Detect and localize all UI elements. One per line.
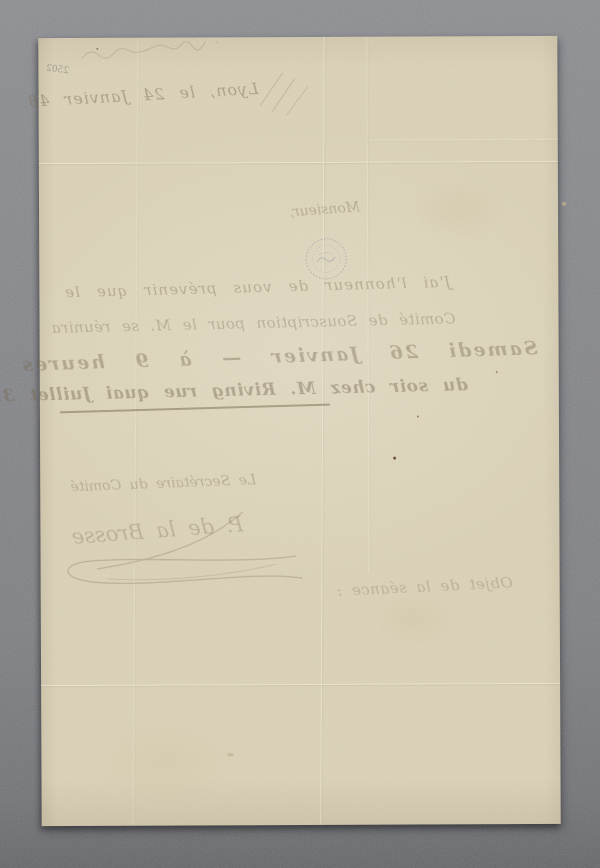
letter-verso-paper: 2502 Lyon, le 24 Janvier 48 Monsieur, [38, 36, 560, 826]
showthrough-salutation: Monsieur, [282, 199, 369, 221]
pen-hatch-strokes [252, 63, 314, 119]
foxing-spot [562, 202, 566, 206]
top-edge-scribble [78, 41, 228, 66]
showthrough-closing: Le Secrétaire du Comité [84, 472, 256, 495]
showthrough-date-line: Lyon, le 24 Janvier 48 [56, 79, 259, 109]
signature-flourish [45, 500, 317, 597]
ink-speck [96, 48, 98, 50]
showthrough-objet-line: Objet de la séance : [348, 574, 513, 600]
fold-crease-horizontal-faint [369, 139, 558, 141]
showthrough-body-line-2: Comité de Souscription pour le M. se réu… [57, 310, 455, 337]
fold-crease-horizontal-upper [39, 161, 558, 164]
fold-crease-vertical-left [133, 38, 139, 826]
showthrough-body-line-4: du soir chez M. Riving rue quai Juillet … [54, 375, 468, 405]
fold-crease-vertical-right [366, 37, 369, 573]
ink-speck [393, 457, 396, 460]
showthrough-body-line-1: J'ai l'honneur de vous prévenir que le [61, 273, 453, 302]
fold-crease-vertical-center [320, 37, 324, 825]
foxing-spot [227, 753, 233, 756]
showthrough-underline [60, 404, 330, 414]
fold-crease-horizontal-lower [41, 683, 560, 686]
photo-backdrop: 2502 Lyon, le 24 Janvier 48 Monsieur, [0, 0, 600, 868]
ink-speck [496, 371, 498, 373]
showthrough-body-line-3: Samedi 26 Janvier — à 9 heures [53, 337, 537, 375]
pencil-number: 2502 [40, 63, 75, 77]
ink-speck [417, 415, 419, 417]
